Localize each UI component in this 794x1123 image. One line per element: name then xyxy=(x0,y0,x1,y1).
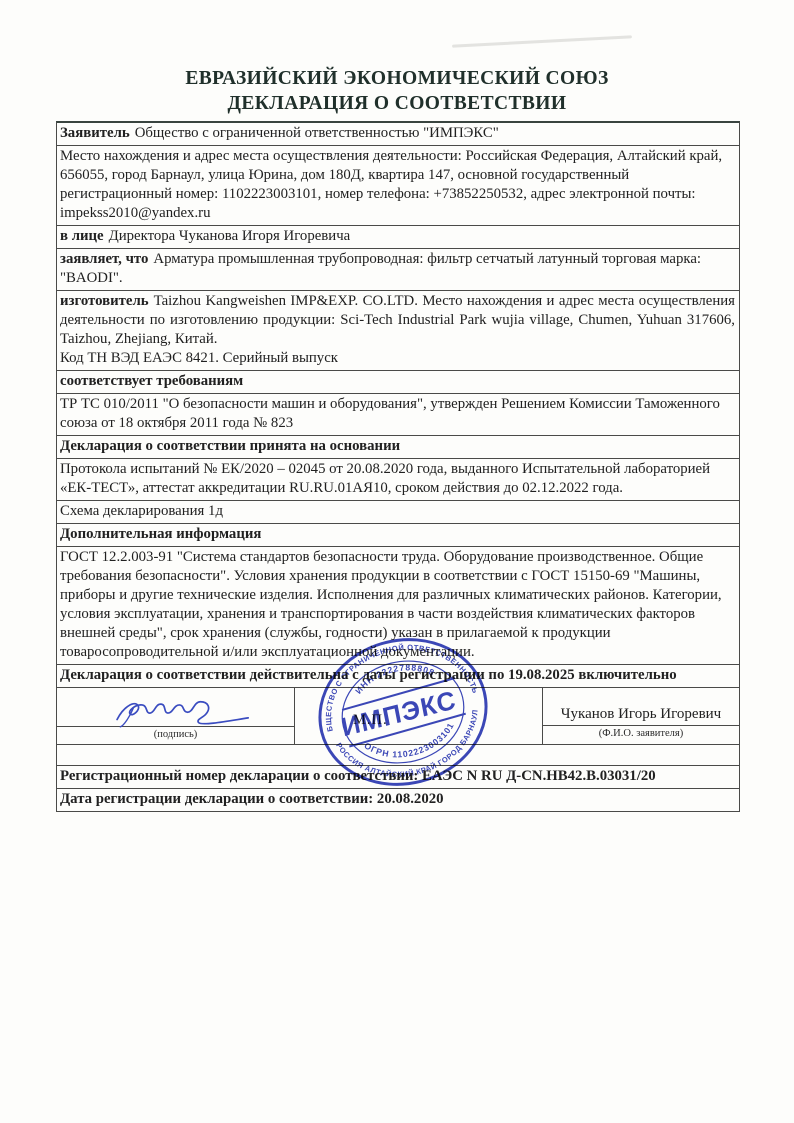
product-description: Арматура промышленная трубопроводная: фи… xyxy=(60,251,701,286)
row-complies-header: соответствует требованиям xyxy=(57,371,739,394)
manufacturer-label: изготовитель xyxy=(60,293,149,309)
handwritten-signature xyxy=(109,689,287,729)
declaration-scheme-text: Схема декларирования 1д xyxy=(60,503,223,519)
applicant-address-text: Место нахождения и адрес места осуществл… xyxy=(60,148,722,221)
row-represented-by: в лицеДиректора Чуканова Игоря Игоревича xyxy=(57,226,739,249)
row-applicant: ЗаявительОбщество с ограниченной ответст… xyxy=(57,123,739,146)
manufacturer-value: Taizhou Kangweishen IMP&EXP. CO.LTD. Мес… xyxy=(60,293,735,347)
represented-by-value: Директора Чуканова Игоря Игоревича xyxy=(109,228,351,244)
signature-column: (подпись) xyxy=(57,688,295,744)
tnved-code-text: Код ТН ВЭД ЕАЭС 8421. Серийный выпуск xyxy=(60,349,735,368)
signature-caption: (подпись) xyxy=(57,727,294,744)
additional-info-header-text: Дополнительная информация xyxy=(60,526,261,542)
applicant-name-caption: (Ф.И.О. заявителя) xyxy=(543,726,739,744)
title-union-name: ЕВРАЗИЙСКИЙ ЭКОНОМИЧЕСКИЙ СОЮЗ xyxy=(0,66,794,91)
declares-label: заявляет, что xyxy=(60,251,148,267)
signature-area xyxy=(57,688,294,727)
applicant-value: Общество с ограниченной ответственностью… xyxy=(135,125,499,141)
complies-header-text: соответствует требованиям xyxy=(60,373,243,389)
represented-by-label: в лице xyxy=(60,228,104,244)
scan-artifact xyxy=(452,35,632,47)
row-manufacturer: изготовительTaizhou Kangweishen IMP&EXP.… xyxy=(57,291,739,371)
row-regulation: ТР ТС 010/2011 "О безопасности машин и о… xyxy=(57,394,739,436)
row-declaration-scheme: Схема декларирования 1д xyxy=(57,501,739,524)
basis-header-text: Декларация о соответствии принята на осн… xyxy=(60,438,400,454)
title-document-type: ДЕКЛАРАЦИЯ О СООТВЕТСТВИИ xyxy=(0,91,794,116)
document-title: ЕВРАЗИЙСКИЙ ЭКОНОМИЧЕСКИЙ СОЮЗ ДЕКЛАРАЦИ… xyxy=(0,66,794,116)
row-additional-info-header: Дополнительная информация xyxy=(57,524,739,547)
regulation-text: ТР ТС 010/2011 "О безопасности машин и о… xyxy=(60,396,720,431)
row-applicant-address: Место нахождения и адрес места осуществл… xyxy=(57,146,739,226)
row-test-protocol: Протокола испытаний № ЕК/2020 – 02045 от… xyxy=(57,459,739,501)
test-protocol-text: Протокола испытаний № ЕК/2020 – 02045 от… xyxy=(60,461,710,496)
applicant-name-column: Чуканов Игорь Игоревич (Ф.И.О. заявителя… xyxy=(543,688,739,744)
applicant-label: Заявитель xyxy=(60,125,130,141)
scanned-declaration-page: { "header": { "title_line1": "ЕВРАЗИЙСКИ… xyxy=(0,0,794,1123)
row-basis-header: Декларация о соответствии принята на осн… xyxy=(57,436,739,459)
applicant-name-text: Чуканов Игорь Игоревич xyxy=(543,688,739,726)
row-declares: заявляет, чтоАрматура промышленная трубо… xyxy=(57,249,739,291)
